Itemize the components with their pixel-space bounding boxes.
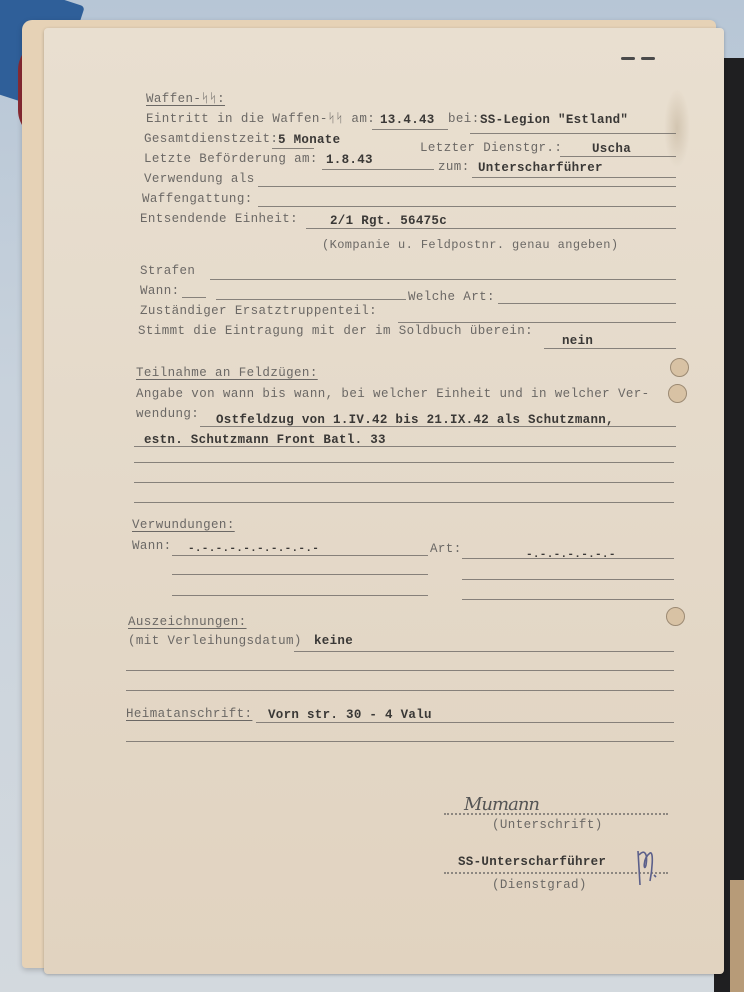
field-line — [294, 651, 674, 652]
field-line — [372, 129, 448, 130]
rank-value: SS-Unterscharführer — [458, 855, 606, 869]
field-line — [134, 446, 676, 447]
kind-label: Welche Art: — [408, 290, 495, 304]
field-line — [126, 741, 674, 742]
personnel-form: Waffen-ᛋᛋ: Eintritt in die Waffen-ᛋᛋ am:… — [0, 0, 744, 992]
field-line — [462, 579, 674, 580]
home-address-value: Vorn str. 30 - 4 Valu — [268, 708, 432, 722]
section-heading-waffen-ss: Waffen-ᛋᛋ: — [146, 92, 225, 106]
entry-where-label: bei: — [448, 112, 480, 126]
wounds-when-label: Wann: — [132, 539, 172, 553]
wounds-when-value: -.-.-.-.-.-.-.-.-.- — [188, 543, 319, 555]
field-line — [322, 169, 434, 170]
section-heading-campaigns: Teilnahme an Feldzügen: — [136, 366, 318, 380]
promoted-to-label: zum: — [438, 160, 470, 174]
field-line — [172, 595, 428, 596]
campaigns-instruction: Angabe von wann bis wann, bei welcher Ei… — [136, 387, 650, 401]
field-line — [134, 462, 674, 463]
signature-caption: (Unterschrift) — [492, 818, 603, 832]
field-line — [398, 322, 676, 323]
last-promotion-value: 1.8.43 — [326, 153, 373, 167]
field-line — [216, 299, 406, 300]
wounds-kind-value: -.-.-.-.-.-.- — [526, 549, 616, 561]
field-line — [258, 206, 676, 207]
field-line — [560, 156, 676, 157]
replacement-unit-label: Zuständiger Ersatztruppenteil: — [140, 304, 377, 318]
soldbuch-label: Stimmt die Eintragung mit der im Soldbuc… — [138, 324, 533, 338]
sending-unit-value: 2/1 Rgt. 56475c — [330, 214, 447, 228]
field-line — [134, 502, 674, 503]
field-line — [172, 555, 428, 556]
entry-date-label: Eintritt in die Waffen-ᛋᛋ am: — [146, 112, 375, 126]
sending-unit-hint: (Kompanie u. Feldpostnr. genau angeben) — [322, 238, 618, 252]
field-line — [210, 279, 676, 280]
field-line — [272, 148, 314, 149]
field-line — [182, 297, 206, 298]
field-line — [470, 133, 676, 134]
field-line — [544, 348, 676, 349]
field-line — [472, 177, 676, 178]
last-rank-value: Uscha — [592, 142, 631, 156]
home-address-label: Heimatanschrift: — [126, 707, 252, 721]
field-line — [126, 690, 674, 691]
field-line — [498, 303, 676, 304]
branch-label: Waffengattung: — [142, 192, 253, 206]
total-service-value: 5 Monate — [278, 133, 340, 147]
field-line — [462, 558, 674, 559]
entry-where-value: SS-Legion "Estland" — [480, 113, 628, 127]
field-line — [256, 722, 674, 723]
campaigns-entry-line-1: Ostfeldzug von 1.IV.42 bis 21.IX.42 als … — [216, 413, 614, 427]
sending-unit-label: Entsendende Einheit: — [140, 212, 298, 226]
field-line — [134, 482, 674, 483]
entry-date-value: 13.4.43 — [380, 113, 435, 127]
field-line — [306, 228, 676, 229]
awards-value: keine — [314, 634, 353, 648]
field-line — [258, 186, 676, 187]
section-heading-awards: Auszeichnungen: — [128, 615, 247, 629]
field-line — [126, 670, 674, 671]
when-label: Wann: — [140, 284, 180, 298]
field-line — [172, 574, 428, 575]
handwritten-signature: Mumann — [464, 794, 539, 815]
last-promotion-label: Letzte Beförderung am: — [144, 152, 318, 166]
punishments-label: Strafen — [140, 264, 195, 278]
soldbuch-value: nein — [562, 334, 593, 348]
awards-sub-label: (mit Verleihungsdatum) — [128, 634, 302, 648]
section-heading-wounds: Verwundungen: — [132, 518, 235, 532]
campaigns-entry-line-2: estn. Schutzmann Front Batl. 33 — [144, 433, 386, 447]
field-line — [462, 599, 674, 600]
total-service-label: Gesamtdienstzeit: — [144, 132, 278, 146]
signature-dotted-line — [444, 813, 668, 815]
campaigns-instruction-cont: wendung: — [136, 407, 199, 421]
wounds-kind-label: Art: — [430, 542, 462, 556]
usage-label: Verwendung als — [144, 172, 255, 186]
last-rank-label: Letzter Dienstgr.: — [420, 141, 562, 155]
field-line — [200, 426, 676, 427]
rank-caption: (Dienstgrad) — [492, 878, 587, 892]
handwritten-paraph-icon — [630, 845, 670, 895]
promoted-to-value: Unterscharführer — [478, 161, 603, 175]
